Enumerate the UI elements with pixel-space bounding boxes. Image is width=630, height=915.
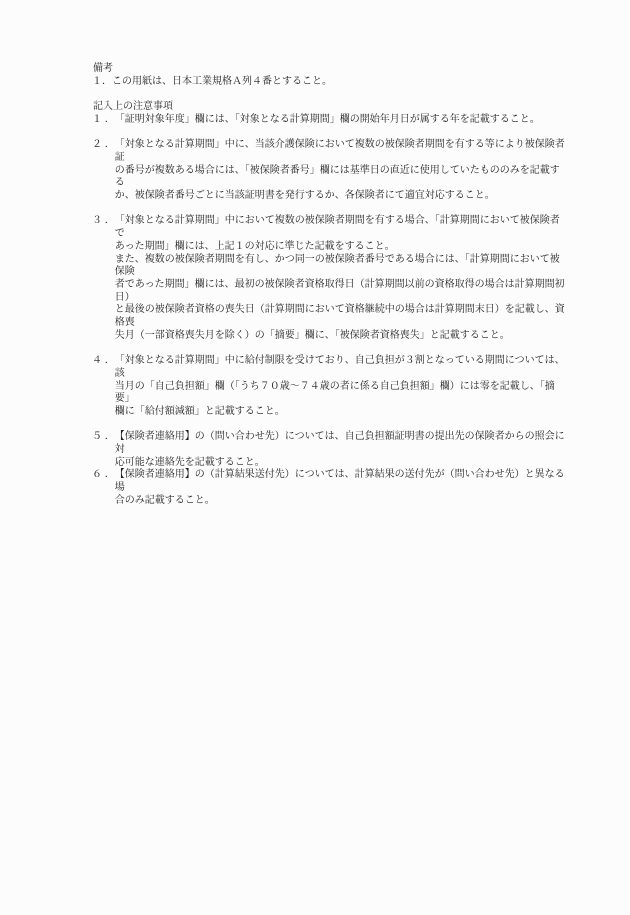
note-item-2: ２ ． 「対象となる計算期間」中に、当該介護保険において複数の被保険者期間を有す… (92, 139, 566, 203)
item-number: ６ ． (92, 469, 115, 482)
note-item-6: ６ ． 【保険者連絡用】の（計算結果送付先）については、計算結果の送付先が（問い… (92, 469, 566, 507)
document-page: 備考 １． この用紙は、日本工業規格Ａ列４番とすること。 記入上の注意事項 １ … (92, 63, 566, 508)
item-text: 「対象となる計算期間」中において複数の被保険者期間を有する場合、「計算期間におい… (115, 215, 566, 342)
notes-section: 記入上の注意事項 １ ． 「証明対象年度」欄には、「対象となる計算期間」欄の開始… (92, 101, 566, 507)
notes-heading: 記入上の注意事項 (92, 101, 566, 114)
item-text: 【保険者連絡用】の（問い合わせ先）については、自己負担額証明書の提出先の保険者か… (115, 431, 566, 469)
note-item-1: １ ． 「証明対象年度」欄には、「対象となる計算期間」欄の開始年月日が属する年を… (92, 114, 566, 127)
item-number: １． (92, 76, 112, 89)
item-number: １ ． (92, 114, 115, 127)
remarks-item: １． この用紙は、日本工業規格Ａ列４番とすること。 (92, 76, 566, 89)
item-text: 「対象となる計算期間」中に給付制限を受けており、自己負担が３割となっている期間に… (115, 355, 566, 419)
note-item-4: ４ ． 「対象となる計算期間」中に給付制限を受けており、自己負担が３割となってい… (92, 355, 566, 419)
item-number: ２ ． (92, 139, 115, 152)
item-number: ５ ． (92, 431, 115, 444)
note-item-3: ３ ． 「対象となる計算期間」中において複数の被保険者期間を有する場合、「計算期… (92, 215, 566, 342)
item-number: ３ ． (92, 215, 115, 228)
item-text: 「対象となる計算期間」中に、当該介護保険において複数の被保険者期間を有する等によ… (115, 139, 566, 203)
item-text: 【保険者連絡用】の（計算結果送付先）については、計算結果の送付先が（問い合わせ先… (115, 469, 566, 507)
note-item-5: ５ ． 【保険者連絡用】の（問い合わせ先）については、自己負担額証明書の提出先の… (92, 431, 566, 469)
item-number: ４ ． (92, 355, 115, 368)
item-text: 「証明対象年度」欄には、「対象となる計算期間」欄の開始年月日が属する年を記載する… (115, 114, 566, 127)
item-text: この用紙は、日本工業規格Ａ列４番とすること。 (112, 76, 566, 89)
remarks-section: 備考 １． この用紙は、日本工業規格Ａ列４番とすること。 (92, 63, 566, 88)
remarks-heading: 備考 (92, 63, 566, 76)
notes-list: １ ． 「証明対象年度」欄には、「対象となる計算期間」欄の開始年月日が属する年を… (92, 114, 566, 508)
